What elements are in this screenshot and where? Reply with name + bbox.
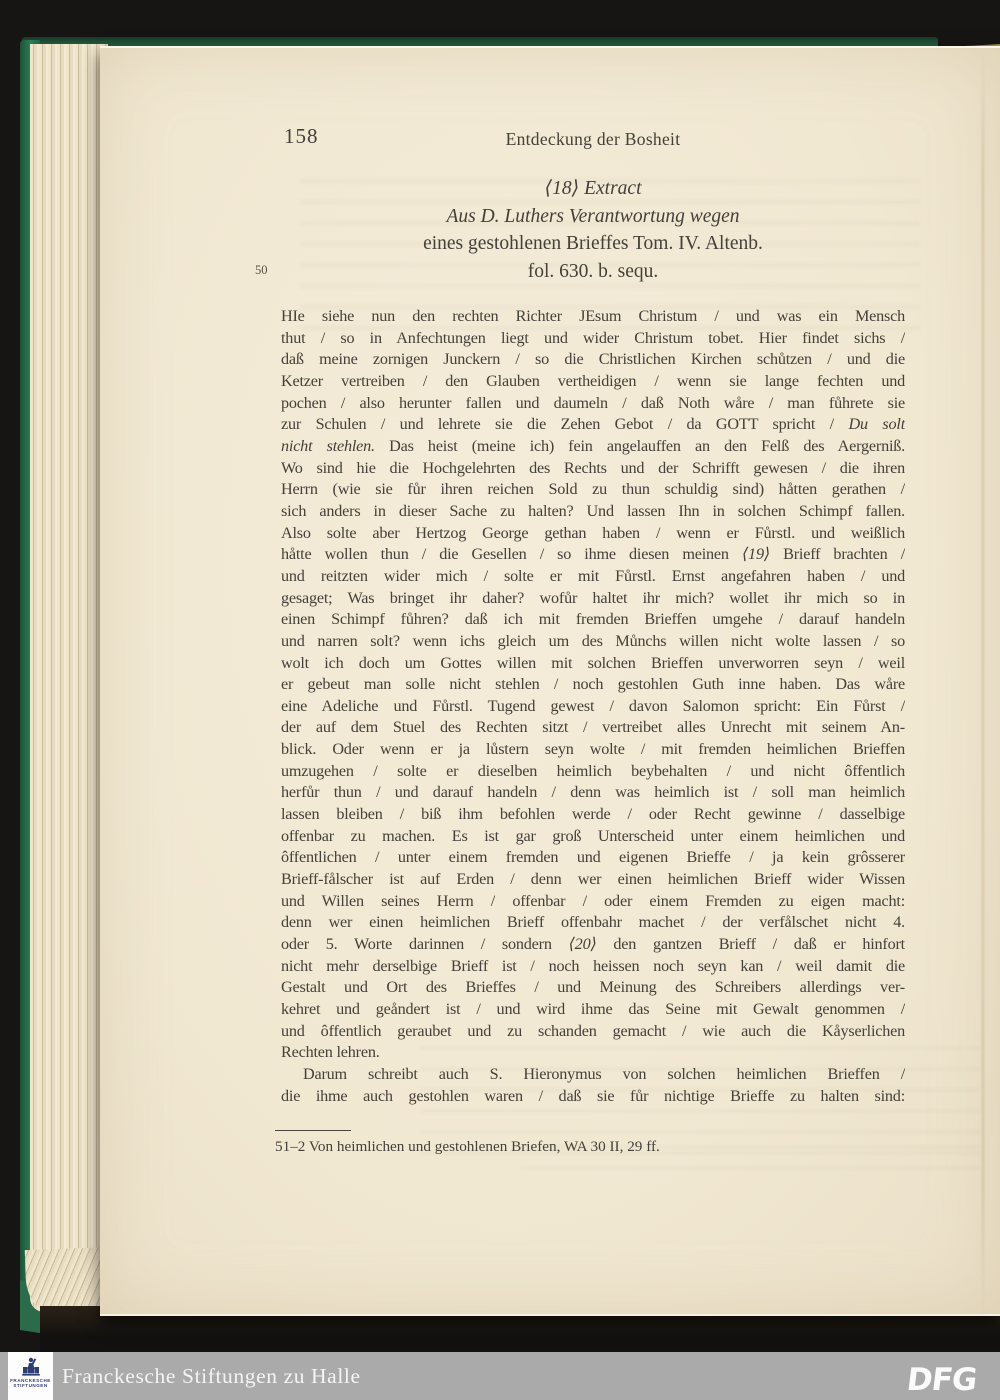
franckesche-stiftungen-logo[interactable]: FRANCKESCHE STIFTUNGEN [8, 1352, 53, 1400]
text-segment: ôffentlichen / unter einem fremden und e… [281, 848, 905, 866]
text-segment: Also solte aber Hertzog George gethan ha… [281, 524, 905, 542]
text-segment: nicht mehr derselbige Brieff ist / noch … [281, 957, 905, 975]
text-segment: herfůr thun / und darauf handeln / denn … [281, 783, 905, 801]
text-line: 65einen Schimpf fůhren? daß ich mit frem… [281, 609, 905, 631]
text-line: ôffentlichen / unter einem fremden und e… [281, 847, 905, 869]
heading-line: eines gestohlenen Brieffes Tom. IV. Alte… [281, 230, 905, 258]
text-segment: Gestalt und Ort des Brieffes / und Meinu… [281, 978, 905, 996]
text-line: 60sich anders in dieser Sache zu halten?… [281, 501, 905, 523]
running-head: Entdeckung der Bosheit [281, 129, 905, 150]
text-line: Also solte aber Hertzog George gethan ha… [281, 523, 905, 545]
text-segment: zur Schulen / und lehrete sie die Zehen … [281, 415, 849, 433]
text-segment: denn wer einen heimlichen Brieff offenba… [281, 913, 905, 931]
text-line: 75offenbar zu machen. Es ist gar groß Un… [281, 826, 905, 848]
text-segment: Brieff brachten / [770, 545, 905, 563]
text-line: 85Rechten lehren. [281, 1042, 905, 1064]
text-line: und narren solt? wenn ichs gleich um des… [281, 631, 905, 653]
heading-line: fol. 630. b. sequ. [281, 258, 905, 286]
text-segment: Das heist (meine ich) fein angelauffen a… [375, 437, 905, 455]
text-segment: offenbar zu machen. Es ist gar groß Unte… [281, 827, 905, 845]
extract-heading: ⟨18⟩ Extract Aus D. Luthers Verantwortun… [281, 175, 905, 285]
footnote-rule [275, 1130, 351, 1131]
text-segment: er gebeut man solle nicht stehlen / noch… [281, 675, 905, 693]
line-number: 50 [255, 263, 268, 278]
institution-name: Franckesche Stiftungen zu Halle [62, 1352, 361, 1400]
text-segment: umzugehen / solte er dieselben heimlich … [281, 762, 905, 780]
text-line: Gestalt und Ort des Brieffes / und Meinu… [281, 977, 905, 999]
text-segment: thut / so in Anfechtungen liegt und wide… [281, 329, 905, 347]
body-text: HIe siehe nun den rechten Richter JEsum … [281, 306, 905, 1107]
text-segment: ⟨20⟩ [569, 935, 597, 953]
page-edges [30, 44, 108, 1312]
text-segment: Wo sind hie die Hochgelehrten des Rechts… [281, 459, 905, 477]
footer-bar: FRANCKESCHE STIFTUNGEN Franckesche Stift… [0, 1352, 1000, 1400]
text-line: blick. Oder wenn er ja lůstern seyn wolt… [281, 739, 905, 761]
text-line: Darum schreibt auch S. Hieronymus von so… [281, 1064, 905, 1086]
text-segment: ⟨19⟩ [742, 545, 770, 563]
logo-text-line: STIFTUNGEN [13, 1383, 47, 1388]
text-segment: blick. Oder wenn er ja lůstern seyn wolt… [281, 740, 905, 758]
text-segment: der auf dem Stuel des Rechten sitzt / ve… [281, 718, 905, 736]
text-segment: und narren solt? wenn ichs gleich um des… [281, 632, 905, 650]
text-line: nicht stehlen. Das heist (meine ich) fei… [281, 436, 905, 458]
text-line: herfůr thun / und darauf handeln / denn … [281, 782, 905, 804]
text-segment: die ihme auch gestohlen waren / daß sie … [281, 1087, 905, 1105]
text-segment: Rechten lehren. [281, 1043, 380, 1061]
text-segment: Brieff-fålscher ist auf Erden / denn wer… [281, 870, 905, 888]
text-line: zur Schulen / und lehrete sie die Zehen … [281, 414, 905, 436]
text-segment: nicht stehlen. [281, 437, 375, 455]
text-line: umzugehen / solte er dieselben heimlich … [281, 761, 905, 783]
francke-figure-icon [20, 1356, 42, 1378]
text-segment: oder 5. Worte darinnen / sondern [281, 935, 569, 953]
heading-line: Aus D. Luthers Verantwortung wegen [281, 203, 905, 231]
text-line: Wo sind hie die Hochgelehrten des Rechts… [281, 458, 905, 480]
text-segment: daß meine zornigen Junckern / so die Chr… [281, 350, 905, 368]
text-line: thut / so in Anfechtungen liegt und wide… [281, 328, 905, 350]
text-segment: HIe siehe nun den rechten Richter JEsum … [281, 307, 905, 325]
text-line: daß meine zornigen Junckern / so die Chr… [281, 349, 905, 371]
text-segment: Herrn (wie sie fůr ihren reichen Sold zu… [281, 480, 905, 498]
text-line: håtte wollen thun / die Gesellen / so ih… [281, 544, 905, 566]
text-segment: Du solt [849, 415, 906, 433]
text-segment: håtte wollen thun / die Gesellen / so ih… [281, 545, 742, 563]
text-segment: sich anders in dieser Sache zu halten? U… [281, 502, 905, 520]
text-line: Herrn (wie sie fůr ihren reichen Sold zu… [281, 479, 905, 501]
text-line: und ôffentlich geraubet und zu schanden … [281, 1021, 905, 1043]
text-line: kehret und geåndert ist / und wird ihme … [281, 999, 905, 1021]
text-segment: kehret und geåndert ist / und wird ihme … [281, 1000, 905, 1018]
text-line: denn wer einen heimlichen Brieff offenba… [281, 912, 905, 934]
text-segment: einen Schimpf fůhren? daß ich mit fremde… [281, 610, 905, 628]
text-line: Ketzer vertreiben / den Glauben vertheid… [281, 371, 905, 393]
page-gutter-crease [982, 48, 984, 1314]
text-line: und Willen seines Herrn / offenbar / ode… [281, 891, 905, 913]
text-line: eine Adeliche und Fůrstl. Tugend gewest … [281, 696, 905, 718]
text-segment: und ôffentlich geraubet und zu schanden … [281, 1022, 905, 1040]
footnote: 51–2 Von heimlichen und gestohlenen Brie… [275, 1138, 899, 1156]
text-line: 55pochen / also herunter fallen und daum… [281, 393, 905, 415]
text-segment: eine Adeliche und Fůrstl. Tugend gewest … [281, 697, 905, 715]
text-line: nicht mehr derselbige Brieff ist / noch … [281, 956, 905, 978]
text-line: Brieff-fålscher ist auf Erden / denn wer… [281, 869, 905, 891]
text-segment: lassen bleiben / biß ihm befohlen werde … [281, 805, 905, 823]
text-line: gesaget; Was bringet ihr daher? wofůr ha… [281, 588, 905, 610]
text-segment: und Willen seines Herrn / offenbar / ode… [281, 892, 905, 910]
heading-line: ⟨18⟩ Extract [281, 175, 905, 203]
text-line: wolt ich doch um Gottes willen mit solch… [281, 653, 905, 675]
text-line: er gebeut man solle nicht stehlen / noch… [281, 674, 905, 696]
text-segment: Darum schreibt auch S. Hieronymus von so… [303, 1065, 905, 1083]
scanned-page: 158 Entdeckung der Bosheit ⟨18⟩ Extract … [100, 46, 1000, 1316]
text-segment: den gantzen Brieff / daß er hinfort [597, 935, 905, 953]
text-segment: wolt ich doch um Gottes willen mit solch… [281, 654, 905, 672]
text-segment: gesaget; Was bringet ihr daher? wofůr ha… [281, 589, 905, 607]
scan-viewport: 158 Entdeckung der Bosheit ⟨18⟩ Extract … [0, 0, 1000, 1400]
text-line: HIe siehe nun den rechten Richter JEsum … [281, 306, 905, 328]
text-line: 80oder 5. Worte darinnen / sondern ⟨20⟩ … [281, 934, 905, 956]
text-line: lassen bleiben / biß ihm befohlen werde … [281, 804, 905, 826]
text-line: 70der auf dem Stuel des Rechten sitzt / … [281, 717, 905, 739]
dfg-logo[interactable]: DFG [904, 1356, 979, 1400]
text-segment: pochen / also herunter fallen und daumel… [281, 394, 905, 412]
text-line: und reitzten wider mich / solte er mit F… [281, 566, 905, 588]
text-line: die ihme auch gestohlen waren / daß sie … [281, 1086, 905, 1108]
text-segment: und reitzten wider mich / solte er mit F… [281, 567, 905, 585]
text-segment: Ketzer vertreiben / den Glauben vertheid… [281, 372, 905, 390]
